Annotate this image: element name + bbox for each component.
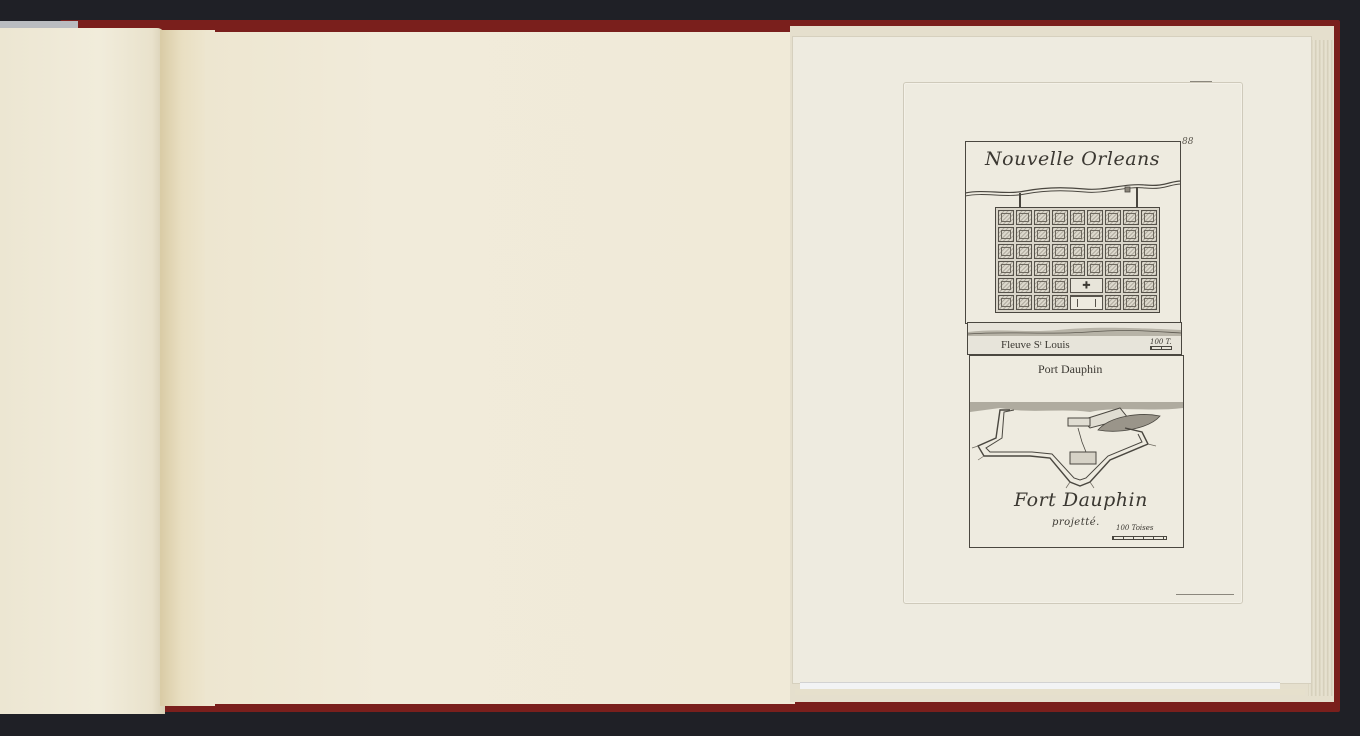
lower-scale-label: 100 Toises <box>1116 524 1154 532</box>
cross-icon: ✚ <box>1082 280 1090 291</box>
left-flyleaf-page[interactable] <box>0 28 165 714</box>
cover-edge-strip <box>0 21 78 28</box>
port-dauphin-header: Port Dauphin <box>1038 362 1102 377</box>
fort-dauphin-title: Fort Dauphin <box>1014 489 1148 511</box>
river-shading <box>968 324 1181 338</box>
church-block: ✚ <box>1070 278 1104 293</box>
river-label: Fleuve Sᵗ Louis <box>1001 339 1070 351</box>
book-photo: 88 Nouvelle Orleans ✚ Fleuve Sᵗ Louis 10… <box>0 0 1360 736</box>
bottom-sheet-edge-cream <box>795 689 1305 695</box>
upper-scale-bar <box>1150 346 1172 350</box>
plate-tick-bottom <box>1176 594 1234 595</box>
plate-number: 88 <box>1182 137 1193 147</box>
plate-tick-top <box>1190 81 1212 82</box>
fort-dauphin-subtitle: projetté. <box>1052 517 1100 528</box>
place-d-armes <box>1070 295 1104 310</box>
lower-scale-bar <box>1112 536 1167 540</box>
upper-scale-label: 100 T. <box>1150 338 1171 346</box>
river-bank-top <box>965 175 1181 210</box>
left-blank-page <box>205 32 795 704</box>
fort-plan-drawing <box>970 398 1183 490</box>
city-street-grid: ✚ <box>995 207 1160 313</box>
nouvelle-orleans-title: Nouvelle Orleans <box>985 148 1160 170</box>
